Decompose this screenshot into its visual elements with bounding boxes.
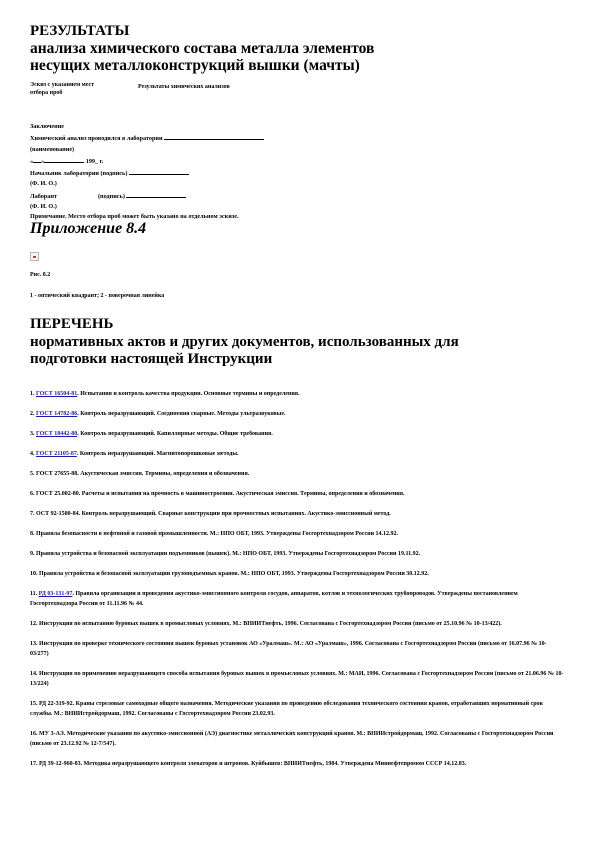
lab-name-blank [164,132,264,140]
ref-text: . Правила организации и проведения акуст… [30,591,518,607]
results-heading-line3: несущих металлоконструкций вышки (мачты) [30,57,575,74]
ref-text: . Испытания и контроль качества продукци… [77,391,299,397]
lab-line: Химический анализ проводился в лаборатор… [30,132,570,144]
assistant-signature-blank [126,190,186,198]
reference-item: 16. МУ 3-АЭ. Методические указания по ак… [30,729,565,749]
sketch-column-line2: отбора проб [30,89,110,97]
list-heading: ПЕРЕЧЕНЬ нормативных актов и других доку… [30,316,575,369]
reference-item: 2. ГОСТ 14782-86. Контроль неразрушающий… [30,409,565,419]
sketch-column: Эскиз с указанием мест отбора проб [30,81,110,97]
head-signature-blank [129,167,189,175]
ref-text: Правила безопасности в нефтяной и газово… [36,531,398,537]
reference-item: 17. РД 39-12-960-83. Методика неразрушаю… [30,759,565,769]
reference-link[interactable]: ГОСТ 21105-87 [36,451,77,457]
reference-item: 3. ГОСТ 18442-80. Контроль неразрушающий… [30,429,565,439]
ref-text: ОСТ 92-1500-84. Контроль неразрушающий. … [36,511,391,517]
ref-number: 13. [30,641,39,647]
fio-2: (Ф. И. О.) [30,202,570,212]
reference-item: 5. ГОСТ 27655-88. Акустическая эмиссия. … [30,469,565,479]
references-list: 1. ГОСТ 16504-81. Испытания и контроль к… [30,389,565,779]
results-heading-line2: анализа химического состава металла элем… [30,40,575,57]
appendix-title: Приложение 8.4 [30,220,146,238]
reference-item: 15. РД 22-319-92. Краны стреловые самохо… [30,699,565,719]
list-heading-line1: ПЕРЕЧЕНЬ [30,316,575,334]
results-heading-line1: РЕЗУЛЬТАТЫ [30,23,575,40]
ref-number: 12. [30,621,39,627]
assistant-line: Лаборант(подпись) [30,190,570,202]
reference-link[interactable]: РД 03-131-97 [39,591,73,597]
ref-number: 15. [30,701,39,707]
figure-caption: Рис. 8.2 [30,272,50,278]
reference-item: 7. ОСТ 92-1500-84. Контроль неразрушающи… [30,509,565,519]
day-blank [33,155,41,163]
reference-item: 14. Инструкция по применению неразрушающ… [30,669,565,689]
ref-number: 10. [30,571,39,577]
results-column: Результаты химических анализов [138,83,338,91]
figure-legend: 1 - оптический квадрант; 2 - поверочная … [30,293,164,299]
reference-item: 8. Правила безопасности в нефтяной и газ… [30,529,565,539]
ref-text: Инструкция по проверке технического сост… [30,641,547,657]
lab-hint: (наименование) [30,145,570,155]
ref-text: ГОСТ 25.002-80. Расчеты и испытания на п… [36,491,405,497]
ref-text: Инструкция по применению неразрушающего … [30,671,563,687]
reference-item: 12. Инструкция по испытанию буровых выше… [30,619,565,629]
head-line: Начальник лаборатории (подпись) [30,167,570,179]
ref-number: 11. [30,591,39,597]
reference-link[interactable]: ГОСТ 18442-80 [36,431,77,437]
list-heading-line2: нормативных актов и других документов, и… [30,334,575,352]
ref-text: Правила устройства и безопасной эксплуат… [36,551,420,557]
ref-number: 14. [30,671,39,677]
reference-link[interactable]: ГОСТ 14782-86 [36,411,77,417]
reference-item: 6. ГОСТ 25.002-80. Расчеты и испытания н… [30,489,565,499]
ref-text: МУ 3-АЭ. Методические указания по акусти… [30,731,554,747]
reference-item: 11. РД 03-131-97. Правила организации и … [30,589,565,609]
reference-item: 1. ГОСТ 16504-81. Испытания и контроль к… [30,389,565,399]
ref-text: . Контроль неразрушающий. Соединения сва… [77,411,285,417]
lab-line-text: Химический анализ проводился в лаборатор… [30,135,163,142]
sketch-column-line1: Эскиз с указанием мест [30,81,110,89]
ref-number: 16. [30,731,39,737]
fio-1: (Ф. И. О.) [30,179,570,189]
reference-link[interactable]: ГОСТ 16504-81 [36,391,77,397]
ref-text: Инструкция по испытанию буровых вышек в … [39,621,502,627]
head-line-text: Начальник лаборатории (подпись) [30,170,127,177]
ref-text: ГОСТ 27655-88. Акустическая эмиссия. Тер… [36,471,249,477]
ref-text: РД 22-319-92. Краны стреловые самоходные… [30,701,543,717]
ref-text: . Контроль неразрушающий. Магнитопорошко… [77,451,239,457]
assistant-sign-label: (подпись) [98,193,125,200]
conclusion-block: Заключение Химический анализ проводился … [30,122,570,223]
reference-item: 4. ГОСТ 21105-87. Контроль неразрушающий… [30,449,565,459]
results-heading: РЕЗУЛЬТАТЫ анализа химического состава м… [30,23,575,74]
ref-text: РД 39-12-960-83. Методика неразрушающего… [39,761,466,767]
reference-item: 10. Правила устройства и безопасной эксп… [30,569,565,579]
ref-text: . Контроль неразрушающий. Капиллярные ме… [77,431,273,437]
ref-text: Правила устройства и безопасной эксплуат… [39,571,429,577]
reference-item: 9. Правила устройства и безопасной экспл… [30,549,565,559]
broken-image-icon [30,252,39,261]
date-year: 199_ г. [86,158,104,165]
conclusion-label: Заключение [30,122,570,132]
month-blank [44,155,84,163]
list-heading-line3: подготовки настоящей Инструкции [30,351,575,369]
reference-item: 13. Инструкция по проверке технического … [30,639,565,659]
assistant-label: Лаборант [30,192,98,202]
date-line: «» 199_ г. [30,155,570,167]
ref-number: 17. [30,761,39,767]
